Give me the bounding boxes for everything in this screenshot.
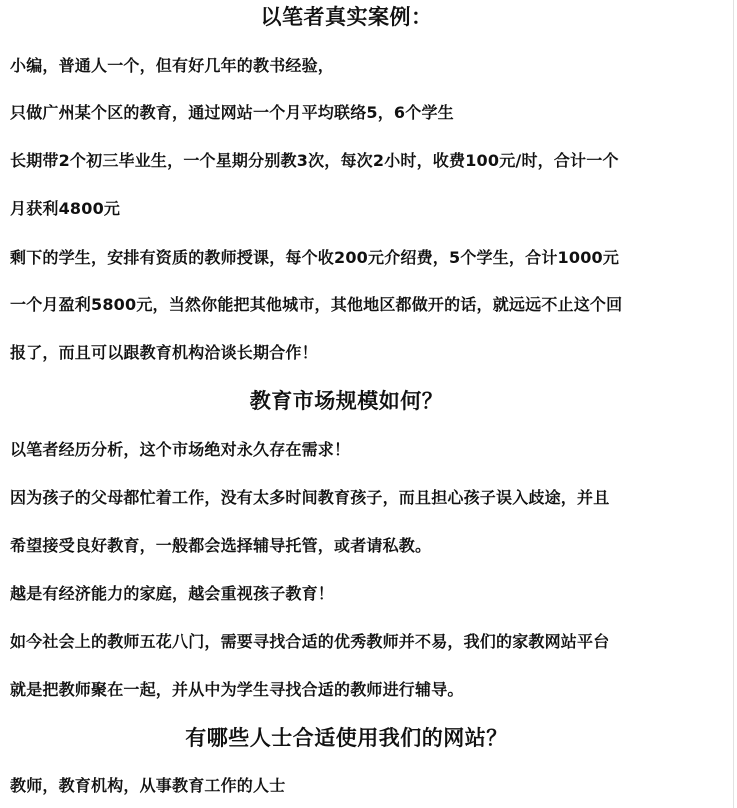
paragraph-line: 就是把教师聚在一起，并从中为学生寻找合适的教师进行辅导。 <box>10 680 464 700</box>
paragraph-line: 报了，而且可以跟教育机构洽谈长期合作！ <box>10 343 318 363</box>
paragraph-line: 长期带2个初三毕业生，一个星期分别教3次，每次2小时，收费100元/时，合计一个 <box>10 151 619 171</box>
paragraph-line: 剩下的学生，安排有资质的教师授课，每个收200元介绍费，5个学生，合计1000元 <box>10 248 619 268</box>
paragraph-line: 月获利4800元 <box>10 199 120 219</box>
paragraph-line: 小编，普通人一个，但有好几年的教书经验， <box>10 56 334 76</box>
paragraph-line: 因为孩子的父母都忙着工作，没有太多时间教育孩子，而且担心孩子误入歧途，并且 <box>10 488 609 508</box>
article-page: 以笔者真实案例： 小编，普通人一个，但有好几年的教书经验， 只做广州某个区的教育… <box>0 0 733 808</box>
page-edge-divider <box>733 0 734 808</box>
paragraph-line: 只做广州某个区的教育，通过网站一个月平均联络5，6个学生 <box>10 103 454 123</box>
paragraph-line: 教师，教育机构，从事教育工作的人士 <box>10 776 285 796</box>
paragraph-line: 希望接受良好教育，一般都会选择辅导托管，或者请私教。 <box>10 536 431 556</box>
section-heading-real-case: 以笔者真实案例： <box>0 4 693 30</box>
section-heading-target-users: 有哪些人士合适使用我们的网站？ <box>0 725 693 751</box>
section-heading-market-size: 教育市场规模如何？ <box>0 388 693 414</box>
paragraph-line: 一个月盈利5800元，当然你能把其他城市，其他地区都做开的话，就远远不止这个回 <box>10 295 622 315</box>
paragraph-line: 以笔者经历分析，这个市场绝对永久存在需求！ <box>10 440 350 460</box>
paragraph-line: 如今社会上的教师五花八门，需要寻找合适的优秀教师并不易，我们的家教网站平台 <box>10 632 609 652</box>
paragraph-line: 越是有经济能力的家庭，越会重视孩子教育！ <box>10 584 334 604</box>
